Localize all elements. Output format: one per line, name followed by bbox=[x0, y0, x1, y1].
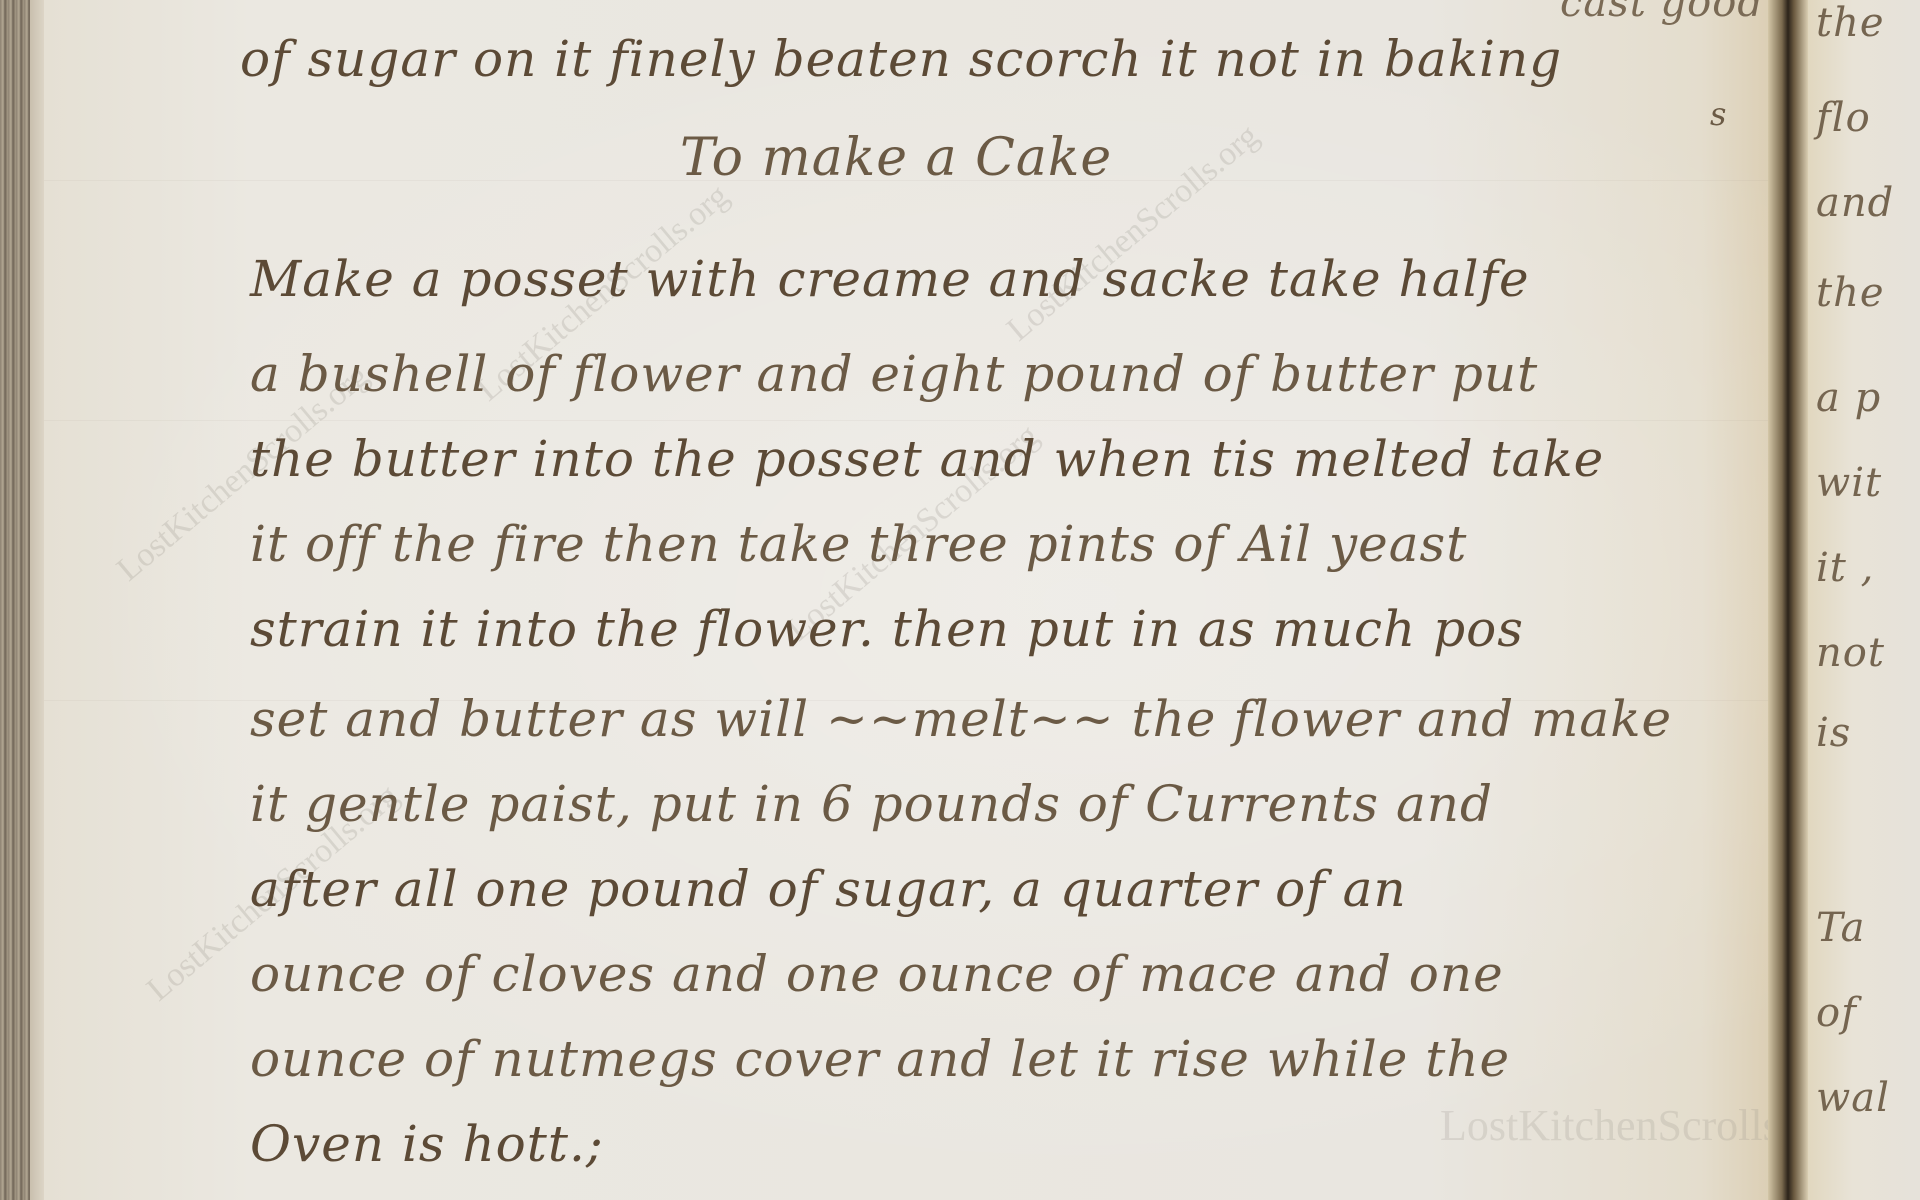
manuscript-line: after all one pound of sugar, a quarter … bbox=[250, 860, 1407, 918]
book-edge-shadow bbox=[30, 0, 44, 1200]
recipe-title: To make a Cake bbox=[680, 128, 1112, 188]
right-page-fragment: flo bbox=[1816, 95, 1871, 141]
manuscript-line: Make a posset with creame and sacke take… bbox=[250, 250, 1530, 308]
manuscript-line: Oven is hott.; bbox=[250, 1115, 604, 1173]
right-page-fragment: the bbox=[1816, 270, 1885, 316]
right-page-fragment: the bbox=[1816, 0, 1885, 46]
manuscript-line-tail: s bbox=[1710, 95, 1727, 133]
right-page-fragment: wit bbox=[1816, 460, 1882, 506]
manuscript-line: set and butter as will ~~melt~~ the flow… bbox=[250, 690, 1672, 748]
manuscript-line: ounce of nutmegs cover and let it rise w… bbox=[250, 1030, 1510, 1088]
manuscript-line: a bushell of flower and eight pound of b… bbox=[250, 345, 1538, 403]
manuscript-line: strain it into the flower. then put in a… bbox=[250, 600, 1524, 658]
right-page-fragment: not bbox=[1816, 630, 1885, 676]
right-page-fragment: Ta bbox=[1816, 905, 1865, 951]
manuscript-line: the butter into the posset and when tis … bbox=[250, 430, 1604, 488]
right-page-fragment: it , bbox=[1816, 545, 1874, 591]
right-page-fragment: a p bbox=[1816, 375, 1881, 421]
manuscript-line: of sugar on it finely beaten scorch it n… bbox=[240, 30, 1562, 88]
right-page-fragment: wal bbox=[1816, 1075, 1890, 1121]
right-page-fragment: and bbox=[1816, 180, 1894, 226]
book-gutter bbox=[1768, 0, 1808, 1200]
top-line-fragment: cast good bbox=[1560, 0, 1764, 26]
manuscript-line: it gentle paist, put in 6 pounds of Curr… bbox=[250, 775, 1493, 833]
manuscript-line: it off the fire then take three pints of… bbox=[250, 515, 1467, 573]
right-page-fragment: is bbox=[1816, 710, 1851, 756]
right-page: the flo and the a p wit it , not is Ta o… bbox=[1808, 0, 1920, 1200]
right-page-fragment: of bbox=[1816, 990, 1857, 1036]
manuscript-line: ounce of cloves and one ounce of mace an… bbox=[250, 945, 1504, 1003]
